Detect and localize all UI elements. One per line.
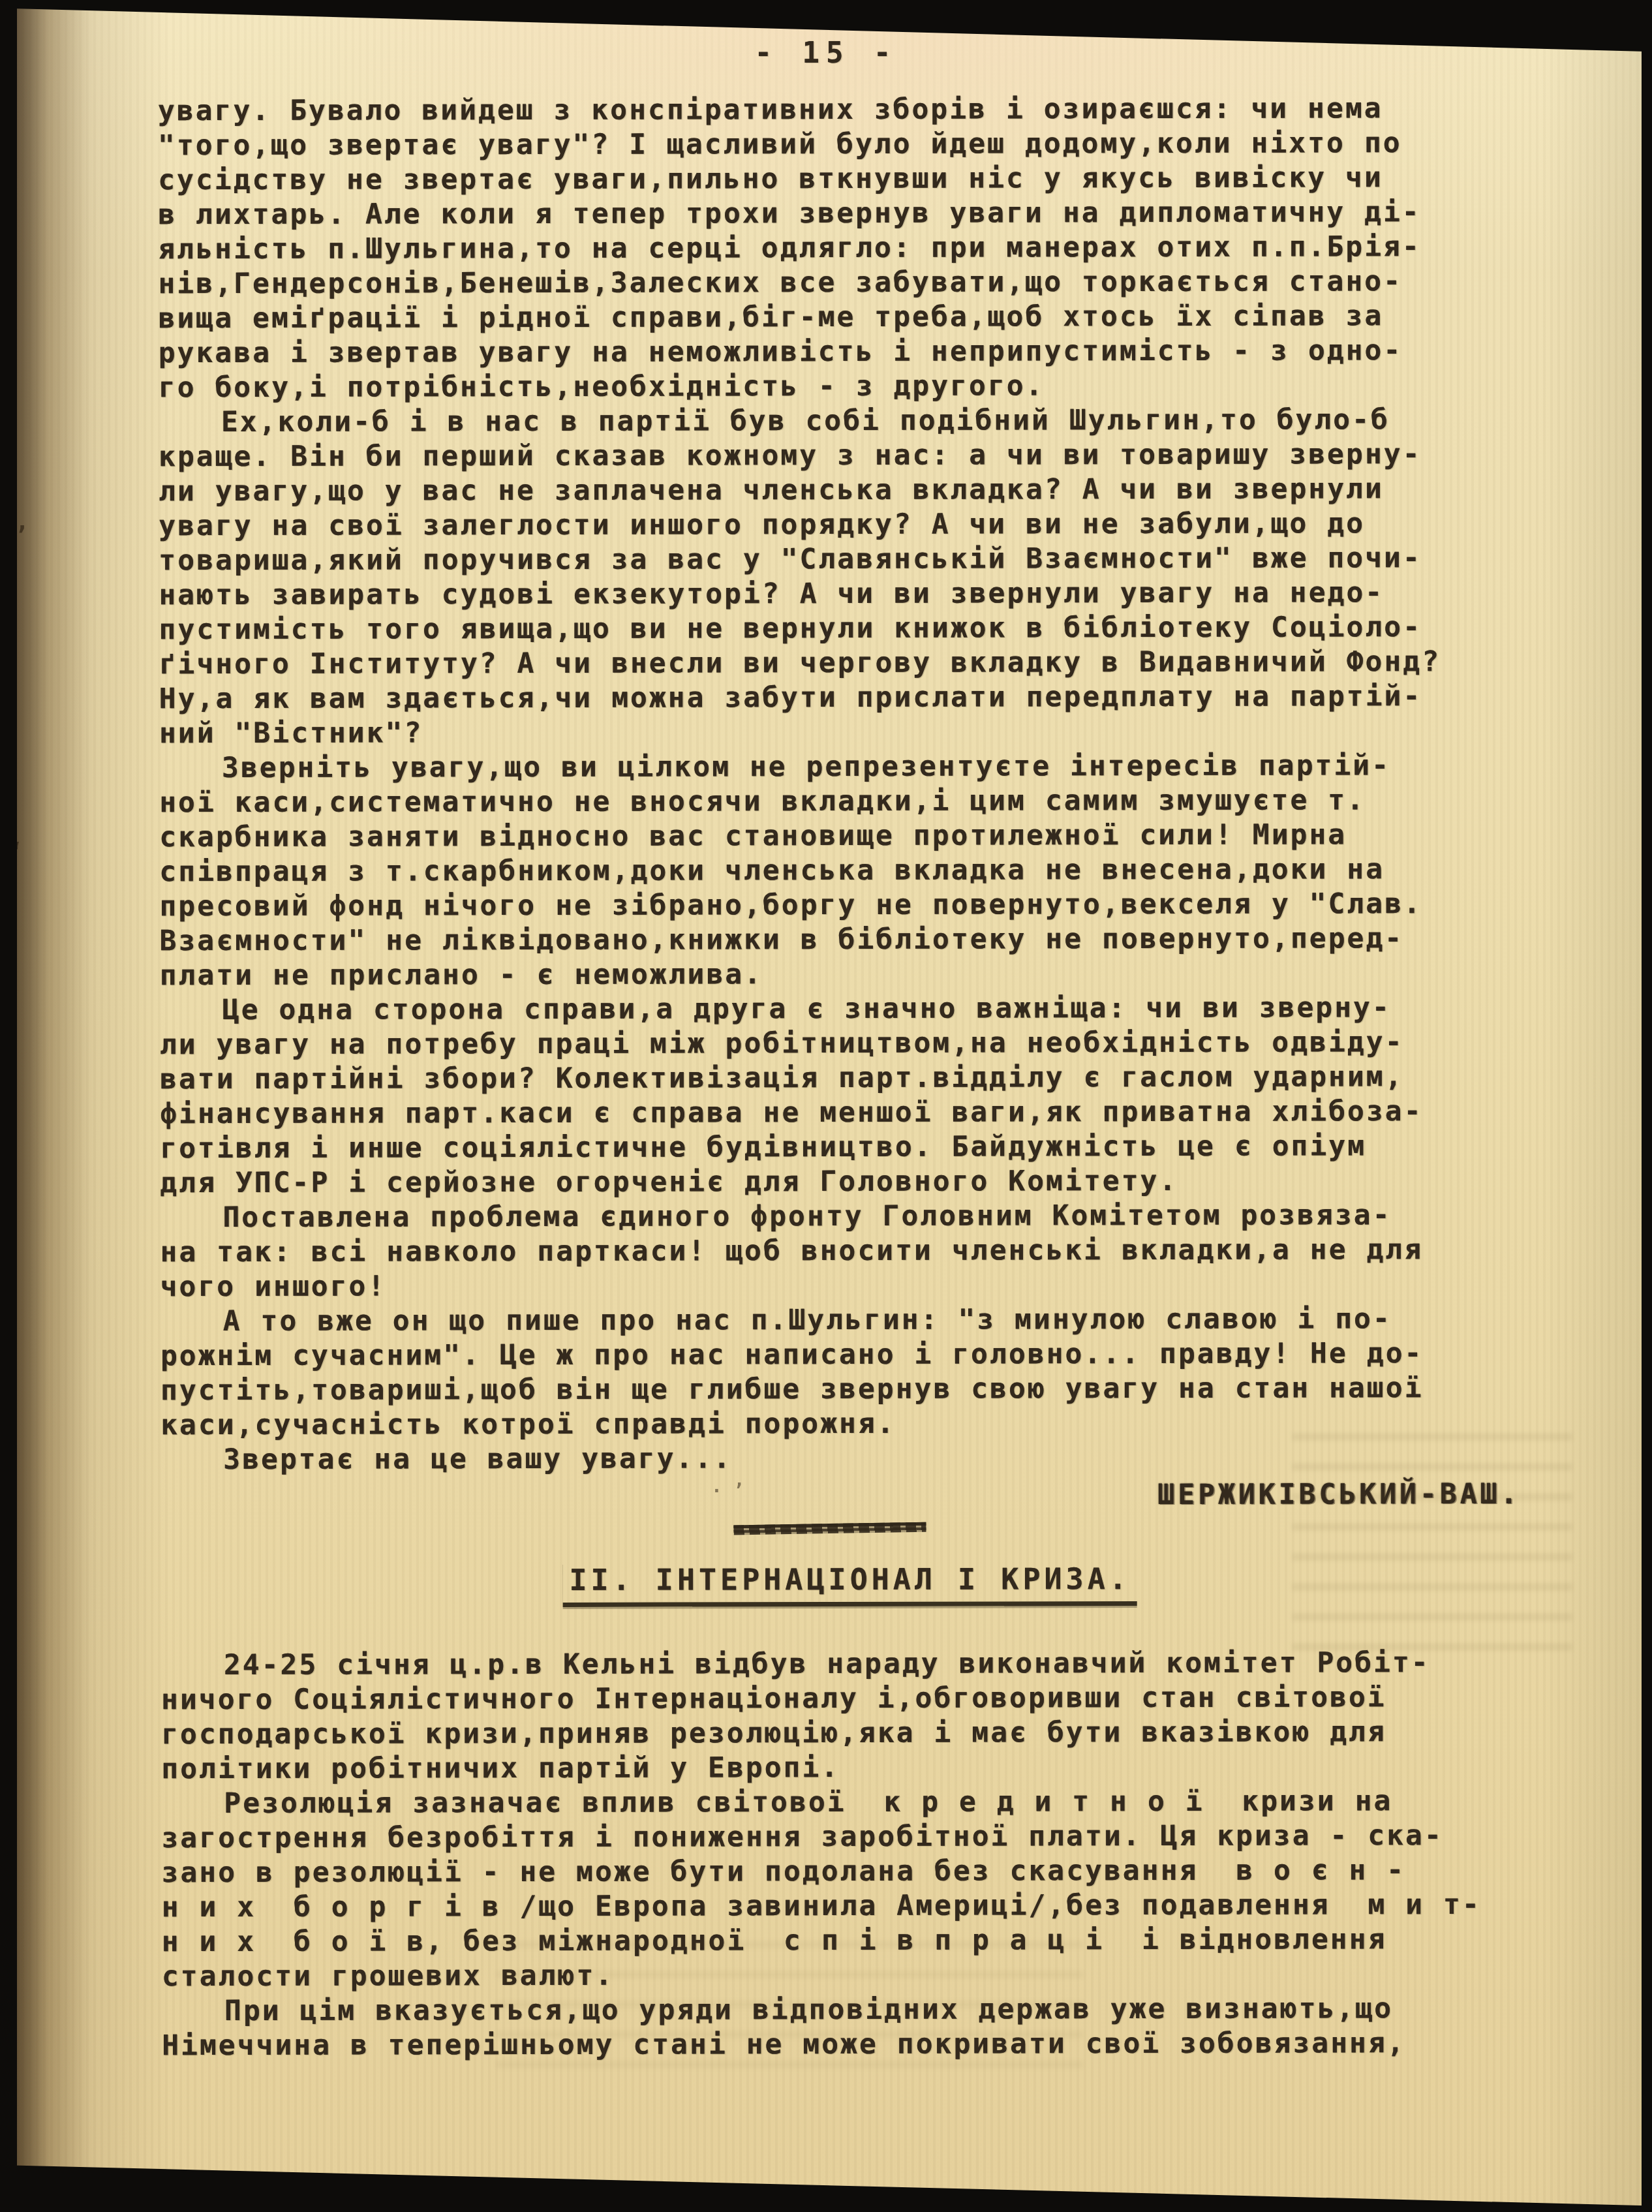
paragraph: При цім вказується,що уряди відповідних …	[162, 1991, 1540, 2063]
text-column: увагу. Бувало вийдеш з конспіративних зб…	[158, 91, 1540, 2063]
paragraph: Резолюція зазначає вплив світової к р е …	[161, 1784, 1540, 1994]
paragraph: увагу. Бувало вийдеш з конспіративних зб…	[158, 91, 1537, 405]
paragraph: Зверніть увагу,що ви цілком не репрезент…	[159, 748, 1538, 993]
photo-edge-left	[0, 0, 17, 2212]
section-heading: ІІ. ІНТЕРНАЦІОНАЛ І КРИЗА.	[562, 1561, 1137, 1607]
article-1-body: увагу. Бувало вийдеш з конспіративних зб…	[158, 91, 1538, 1477]
typed-divider-line	[733, 1522, 926, 1535]
paragraph: Ех,коли-б і в нас в партії був собі поді…	[159, 403, 1537, 751]
scanned-document: - 15 - увагу. Бувало вийдеш з конспірати…	[0, 0, 1652, 2212]
section-heading-row: ІІ. ІНТЕРНАЦІОНАЛ І КРИЗА.	[161, 1561, 1539, 1608]
paragraph: Це одна сторона справи,а друга є значно …	[160, 991, 1538, 1201]
paragraph: Поставлена проблема єдиного фронту Голов…	[160, 1198, 1538, 1304]
article-2-body: 24-25 січня ц.р.в Кельні відбув нараду в…	[161, 1646, 1540, 2063]
ink-speck: · ’	[711, 1480, 744, 1501]
photo-edge-right	[1642, 0, 1652, 2212]
signature-row: ШЕРЖИКІВСЬКИЙ-ВАШ.	[161, 1477, 1538, 1514]
signature: ШЕРЖИКІВСЬКИЙ-ВАШ.	[1157, 1478, 1520, 1511]
paragraph: 24-25 січня ц.р.в Кельні відбув нараду в…	[161, 1646, 1539, 1787]
paragraph: А то вже он що пише про нас п.Шульгин: "…	[161, 1302, 1538, 1443]
paragraph: Звертає на це вашу увагу...	[161, 1440, 1538, 1477]
